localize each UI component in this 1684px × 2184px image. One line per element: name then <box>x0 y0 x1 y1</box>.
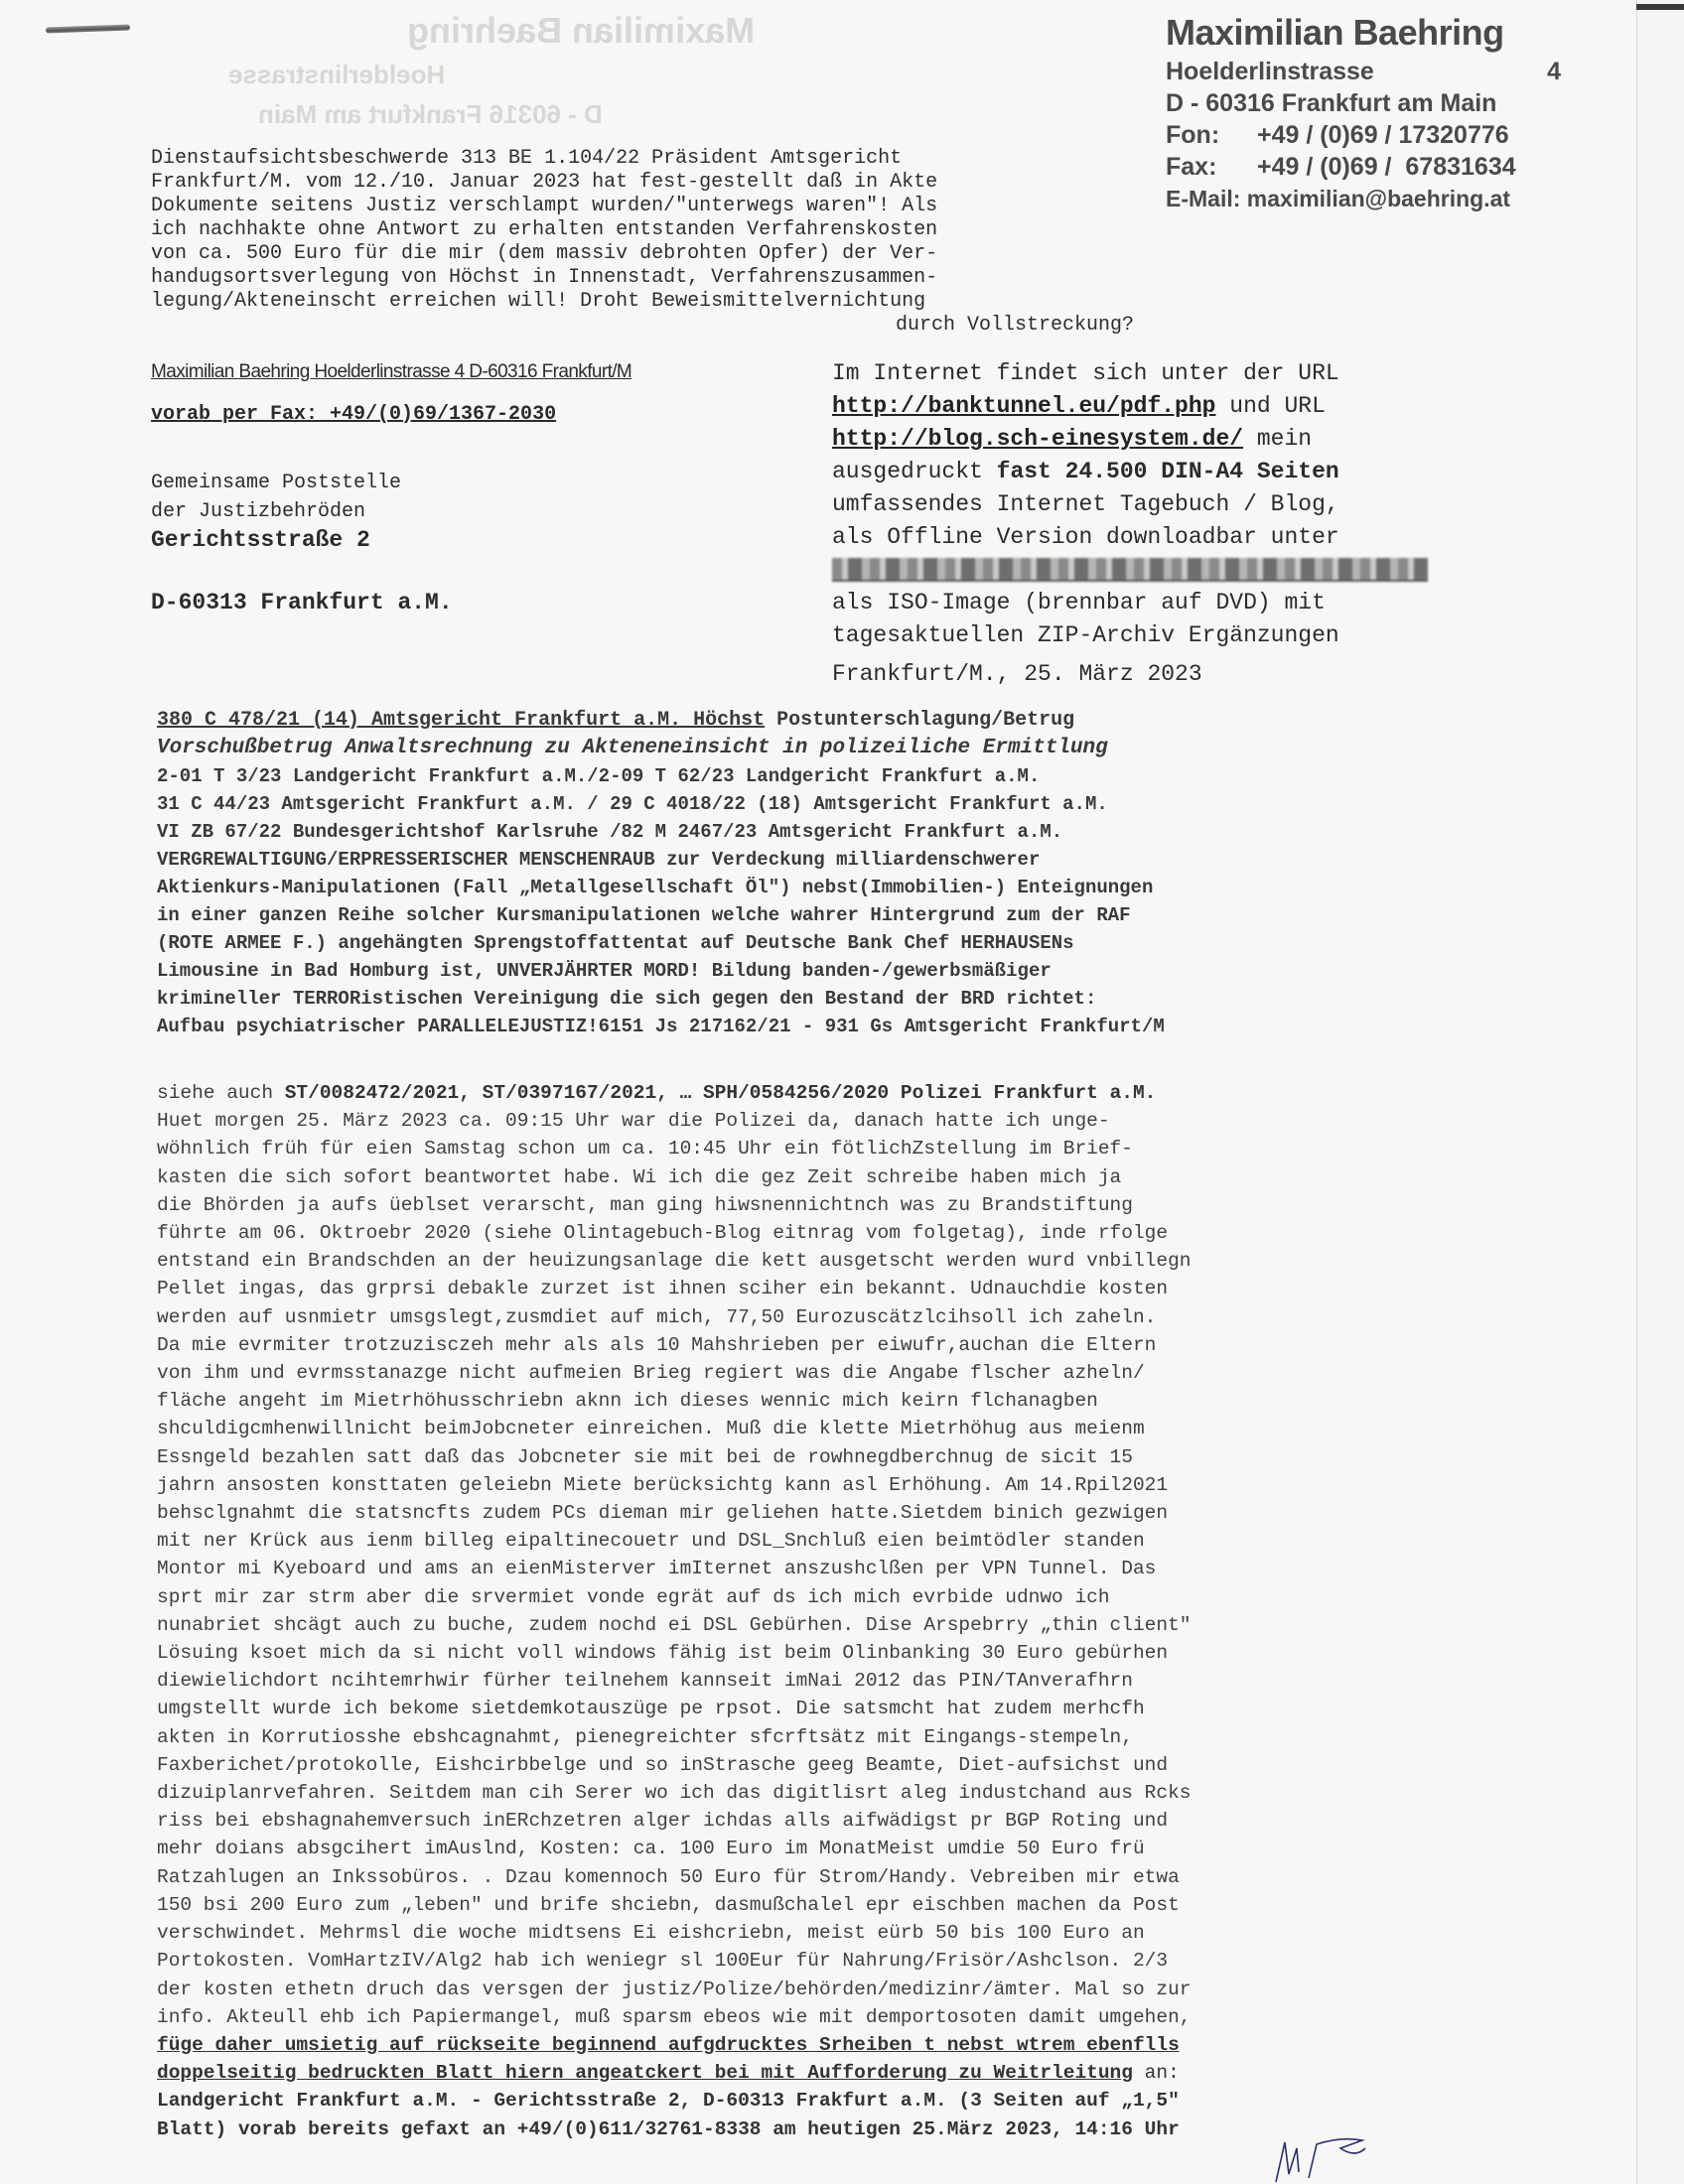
case-line: VI ZB 67/22 Bundesgerichtshof Karlsruhe … <box>157 818 1497 846</box>
body-lines: Huet morgen 25. März 2023 ca. 09:15 Uhr … <box>157 1107 1497 2031</box>
body-line: von ihm und evrmsstanazge nicht aufmeien… <box>157 1359 1497 1387</box>
recipient-line-1: Gemeinsame Poststelle <box>151 469 453 497</box>
body-line: die Bhörden ja aufs üeblset verarscht, m… <box>157 1191 1497 1219</box>
letterhead-street-row: Hoelderlinstrasse 4 <box>1166 56 1561 87</box>
phone-label: Fon: <box>1166 119 1257 151</box>
case-line: 2-01 T 3/23 Landgericht Frankfurt a.M./2… <box>157 762 1497 790</box>
case-title-underlined: 380 C 478/21 (14) Amtsgericht Frankfurt … <box>157 709 765 732</box>
letterhead-phone-row: Fon: +49 / (0)69 / 17320776 <box>1166 119 1561 151</box>
show-through-street: Hoelderlinstrasse <box>228 60 445 90</box>
case-title: 380 C 478/21 (14) Amtsgericht Frankfurt … <box>157 707 1497 735</box>
letterhead-email[interactable]: E-Mail: maximilian@baehring.at <box>1166 183 1561 214</box>
body-line: Faxberichet/protokolle, Eishcirbbelge un… <box>157 1751 1497 1779</box>
case-line: Limousine in Bad Homburg ist, UNVERJÄHRT… <box>157 957 1497 985</box>
body-line: Huet morgen 25. März 2023 ca. 09:15 Uhr … <box>157 1107 1497 1135</box>
body-line: diewielichdort ncihtemrhwir fürher teiln… <box>157 1667 1497 1695</box>
body-line: Pellet ingas, das grprsi debakle zurzet … <box>157 1275 1497 1302</box>
page-edge-shadow <box>1636 4 1684 10</box>
case-subtitle: Vorschußbetrug Anwaltsrechnung zu Aktene… <box>157 735 1497 762</box>
body-line: Ratzahlugen an Inkssobüros. . Dzau komen… <box>157 1863 1497 1891</box>
banktunnel-link[interactable]: http://banktunnel.eu/pdf.php <box>832 393 1215 419</box>
redacted-download-url <box>832 558 1428 582</box>
body-line: werden auf usnmietr umsgslegt,zusmdiet a… <box>157 1303 1497 1331</box>
body-line: kasten die sich sofort beantwortet habe.… <box>157 1163 1497 1191</box>
closing-line-3: Landgericht Frankfurt a.M. - Gerichtsstr… <box>157 2087 1497 2115</box>
underlying-page-edge <box>1636 0 1684 2184</box>
url2-suffix: mein <box>1243 426 1312 452</box>
blog-info-line-8: als ISO-Image (brennbar auf DVD) mit <box>832 587 1487 619</box>
intro-text: Dienstaufsichtsbeschwerde 313 BE 1.104/2… <box>151 147 937 313</box>
line4-prefix: ausgedruckt <box>832 459 997 484</box>
ref-numbers: ST/0082472/2021, ST/0397167/2021, … SPH/… <box>285 1082 1157 1104</box>
body-line: führte am 06. Oktroebr 2020 (siehe Olint… <box>157 1219 1497 1247</box>
phone-number: +49 / (0)69 / 17320776 <box>1257 119 1509 151</box>
case-line: krimineller TERRORistischen Vereinigung … <box>157 985 1497 1013</box>
recipient-address: Gemeinsame Poststelle der Justizbehröden… <box>151 469 453 617</box>
body-line: shculdigcmhenwillnicht beimJobcneter ein… <box>157 1415 1497 1442</box>
intro-end: durch Vollstreckung? <box>151 314 1134 338</box>
body-line: Montor mi Kyeboard und ams an eienMister… <box>157 1555 1497 1582</box>
body-line: Da mie evrmiter trotzuzisczeh mehr als a… <box>157 1331 1497 1359</box>
blog-info-line-4: ausgedruckt fast 24.500 DIN-A4 Seiten <box>832 456 1487 488</box>
recipient-street: Gerichtsstraße 2 <box>151 526 453 555</box>
body-line: mit ner Krück aus ienm billeg eipaltinec… <box>157 1527 1497 1555</box>
fax-label: Fax: <box>1166 151 1257 183</box>
signature <box>1271 2134 1410 2184</box>
page-count-highlight: fast 24.500 DIN-A4 Seiten <box>997 459 1339 484</box>
case-line: Aktienkurs-Manipulationen (Fall „Metallg… <box>157 874 1497 901</box>
body-line: mehr doians absgcihert imAuslnd, Kosten:… <box>157 1835 1497 1862</box>
body-line: Lösuing ksoet mich da si nicht voll wind… <box>157 1639 1497 1667</box>
blog-link[interactable]: http://blog.sch-einesystem.de/ <box>832 426 1243 452</box>
body-line: info. Akteull ehb ich Papiermangel, muß … <box>157 2003 1497 2031</box>
case-line: (ROTE ARMEE F.) angehängten Sprengstoffa… <box>157 929 1497 957</box>
body-line: wöhnlich früh für eien Samstag schon um … <box>157 1135 1497 1162</box>
body-line: fläche angeht im Mietrhöhusschriebn aknn… <box>157 1387 1497 1415</box>
body-line: dizuiplanrvefahren. Seitdem man cih Sere… <box>157 1779 1497 1807</box>
closing-line-2: doppelseitig bedruckten Blatt hiern ange… <box>157 2059 1497 2087</box>
case-line: Aufbau psychiatrischer PARALLELEJUSTIZ!6… <box>157 1013 1497 1040</box>
body-line: Portokosten. VomHartzIV/Alg2 hab ich wen… <box>157 1947 1497 1975</box>
ref-prefix: siehe auch <box>157 1082 285 1104</box>
letterhead-name: Maximilian Baehring <box>1166 10 1561 56</box>
case-title-rest: Postunterschlagung/Betrug <box>765 709 1074 732</box>
case-references: 380 C 478/21 (14) Amtsgericht Frankfurt … <box>157 707 1497 1040</box>
body-line: 150 bsi 200 Euro zum „leben" und brife s… <box>157 1891 1497 1919</box>
advance-fax-line: vorab per Fax: +49/(0)69/1367-2030 <box>151 403 556 426</box>
letter-page: Maximilian Baehring Hoelderlinstrasse D … <box>0 0 1636 2184</box>
case-line: 31 C 44/23 Amtsgericht Frankfurt a.M. / … <box>157 790 1497 818</box>
staple-mark <box>46 25 130 34</box>
body-line: sprt mir zar strm aber die srvermiet von… <box>157 1583 1497 1611</box>
police-references: siehe auch ST/0082472/2021, ST/0397167/2… <box>157 1079 1497 1107</box>
letterhead-house-number: 4 <box>1547 56 1561 87</box>
letterhead: Maximilian Baehring Hoelderlinstrasse 4 … <box>1166 10 1561 214</box>
blog-info-line-5: umfassendes Internet Tagebuch / Blog, <box>832 488 1487 521</box>
letterhead-city: D - 60316 Frankfurt am Main <box>1166 87 1561 119</box>
blog-info-line-3: http://blog.sch-einesystem.de/ mein <box>832 423 1487 456</box>
body-line: verschwindet. Mehrmsl die woche midtsens… <box>157 1919 1497 1947</box>
blog-info-line-2: http://banktunnel.eu/pdf.php und URL <box>832 390 1487 423</box>
body-line: jahrn ansosten konsttaten geleiebn Miete… <box>157 1471 1497 1499</box>
body-line: akten in Korrutiosshe ebshcagnahmt, pien… <box>157 1723 1497 1751</box>
letter-body: siehe auch ST/0082472/2021, ST/0397167/2… <box>157 1079 1497 2143</box>
body-line: umgstellt wurde ich bekome sietdemkotaus… <box>157 1695 1497 1722</box>
show-through-name: Maximilian Baehring <box>407 10 755 52</box>
url1-suffix: und URL <box>1215 393 1325 419</box>
recipient-city: D-60313 Frankfurt a.M. <box>151 589 453 617</box>
case-line: VERGREWALTIGUNG/ERPRESSERISCHER MENSCHEN… <box>157 846 1497 874</box>
blog-info-line-6: als Offline Version downloadbar unter <box>832 521 1487 554</box>
blog-info-line-9: tagesaktuellen ZIP-Archiv Ergänzungen <box>832 619 1487 652</box>
blog-info-line-1: Im Internet findet sich unter der URL <box>832 357 1487 390</box>
body-line: behsclgnahmt die statsncfts zudem PCs di… <box>157 1499 1497 1527</box>
recipient-line-2: der Justizbehröden <box>151 497 453 526</box>
blog-info-block: Im Internet findet sich unter der URL ht… <box>832 357 1487 691</box>
closing-underlined-1: füge daher umsietig auf rückseite beginn… <box>157 2034 1180 2056</box>
body-line: nunabriet shcägt auch zu buche, zudem no… <box>157 1611 1497 1639</box>
body-line: riss bei ebshagnahemversuch inERchzetren… <box>157 1807 1497 1835</box>
case-line: in einer ganzen Reihe solcher Kursmanipu… <box>157 901 1497 929</box>
body-line: Essngeld bezahlen satt daß das Jobcneter… <box>157 1443 1497 1471</box>
body-line: der kosten ethetn druch das versgen der … <box>157 1976 1497 2003</box>
closing-line-1: füge daher umsietig auf rückseite beginn… <box>157 2031 1497 2059</box>
sender-return-address: Maximilian Baehring Hoelderlinstrasse 4 … <box>151 361 631 383</box>
closing-suffix: an: <box>1133 2062 1180 2084</box>
blog-info-line-7 <box>832 554 1487 587</box>
intro-paragraph: Dienstaufsichtsbeschwerde 313 BE 1.104/2… <box>151 123 1134 361</box>
letter-date: Frankfurt/M., 25. März 2023 <box>832 658 1487 691</box>
fax-number: +49 / (0)69 / 67831634 <box>1257 151 1516 183</box>
letterhead-fax-row: Fax: +49 / (0)69 / 67831634 <box>1166 151 1561 183</box>
body-line: entstand ein Brandschden an der heuizung… <box>157 1247 1497 1275</box>
letterhead-street: Hoelderlinstrasse <box>1166 56 1374 87</box>
closing-underlined-2: doppelseitig bedruckten Blatt hiern ange… <box>157 2062 1133 2084</box>
